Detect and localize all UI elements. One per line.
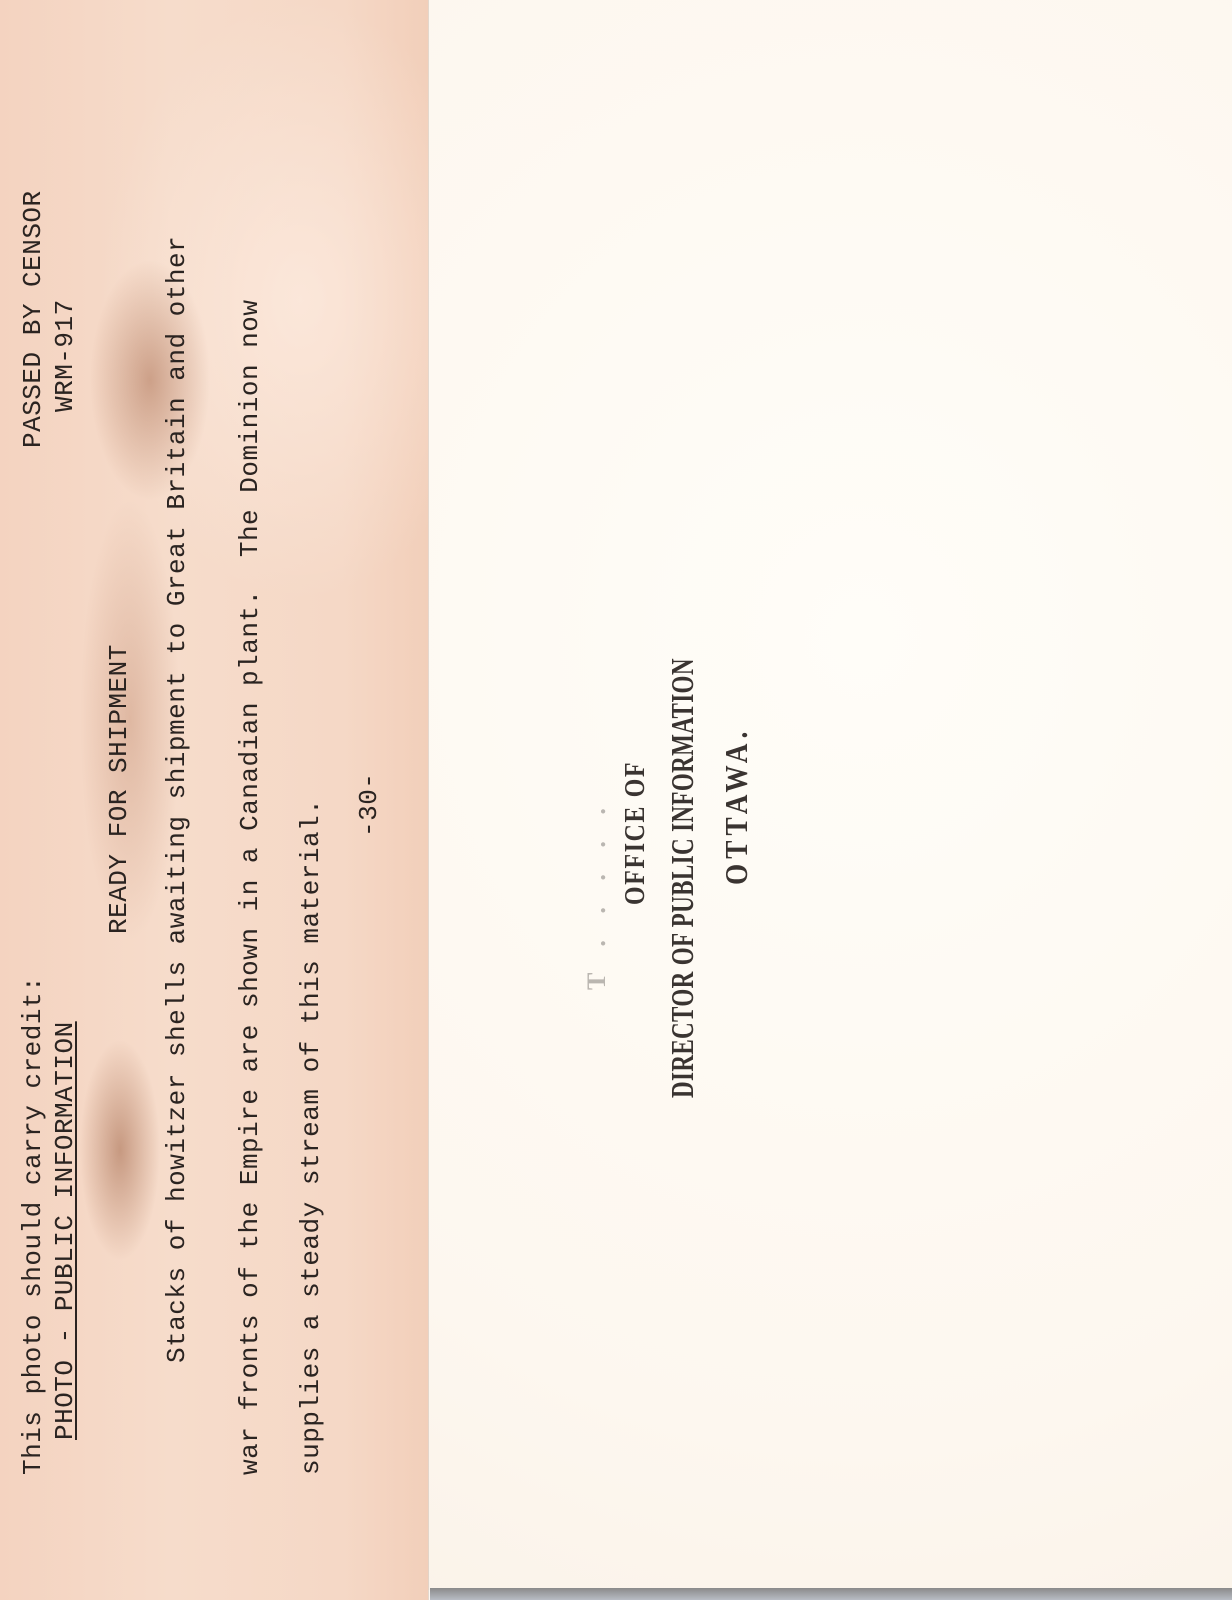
stamp-city-line: OTTAWA. <box>718 727 755 885</box>
stamp-faded-line: T . . . . . <box>582 798 612 990</box>
censor-stamp: PASSED BY CENSOR <box>18 190 48 448</box>
credit-instruction: This photo should carry credit: <box>18 976 48 1475</box>
stamp-director-line: DIRECTOR OF PUBLIC INFORMATION <box>664 658 701 1098</box>
caption-slip: This photo should carry credit: PHOTO - … <box>0 0 428 1600</box>
body-line: supplies a steady stream of this materia… <box>296 799 326 1475</box>
credit-line: PHOTO - PUBLIC INFORMATION <box>50 1021 80 1440</box>
body-line: Stacks of howitzer shells awaiting shipm… <box>162 236 192 1363</box>
headline: READY FOR SHIPMENT <box>104 644 134 934</box>
credit-text: PHOTO - PUBLIC INFORMATION <box>50 1021 80 1440</box>
stamp-office-line: OFFICE OF <box>620 761 652 905</box>
end-mark: -30- <box>354 773 384 837</box>
scan-background-edge <box>430 1588 1232 1600</box>
censor-code: WRM-917 <box>50 299 80 412</box>
body-line: war fronts of the Empire are shown in a … <box>235 300 265 1476</box>
